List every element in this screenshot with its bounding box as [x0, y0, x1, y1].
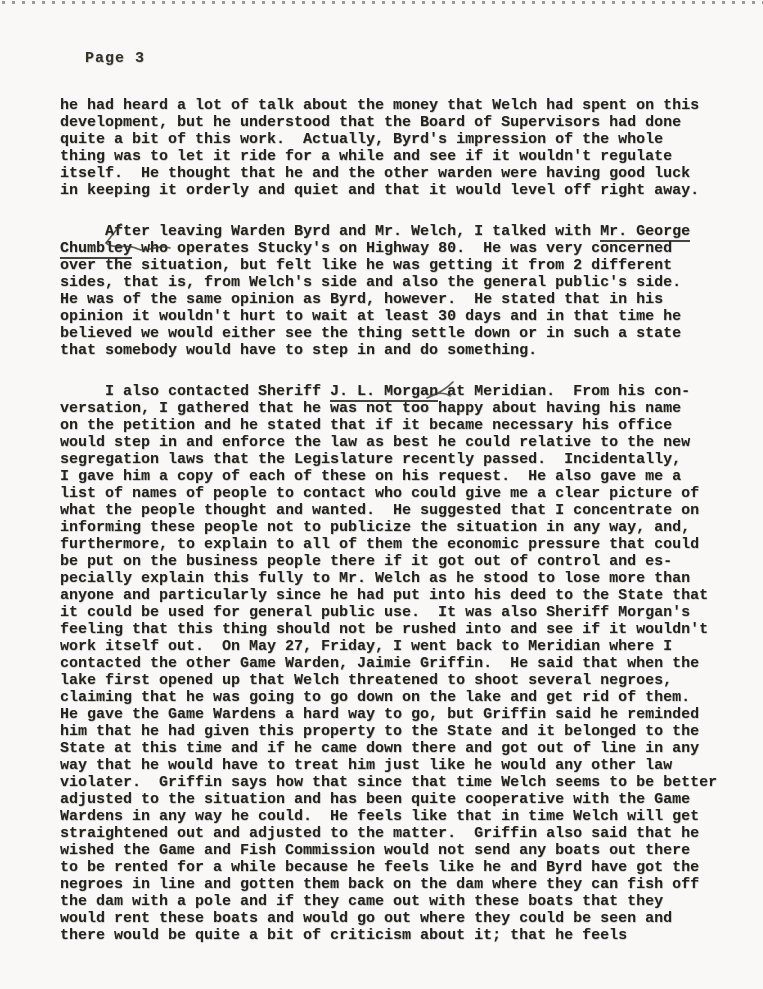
paragraph-text: I also contacted Sheriff [60, 383, 330, 400]
paragraph: he had heard a lot of talk about the mon… [60, 97, 740, 199]
paragraph-text: at Meridian. From his con- versation, I … [60, 383, 717, 944]
paragraph-text: who operates Stucky's on Highway 80. He … [60, 240, 681, 359]
paragraph: I also contacted Sheriff J. L. Morgan at… [60, 383, 740, 944]
document-content: Page 3 he had heard a lot of talk about … [60, 50, 740, 944]
paragraph-text: After leaving Warden Byrd and Mr. Welch,… [60, 223, 600, 240]
page-number-label: Page 3 [85, 50, 740, 67]
scanned-document-page: Page 3 he had heard a lot of talk about … [0, 0, 763, 989]
paragraph: After leaving Warden Byrd and Mr. Welch,… [60, 223, 740, 359]
paragraph-text: he had heard a lot of talk about the mon… [60, 97, 699, 199]
document-body: he had heard a lot of talk about the mon… [60, 97, 740, 944]
perforation-dots [2, 1, 763, 4]
